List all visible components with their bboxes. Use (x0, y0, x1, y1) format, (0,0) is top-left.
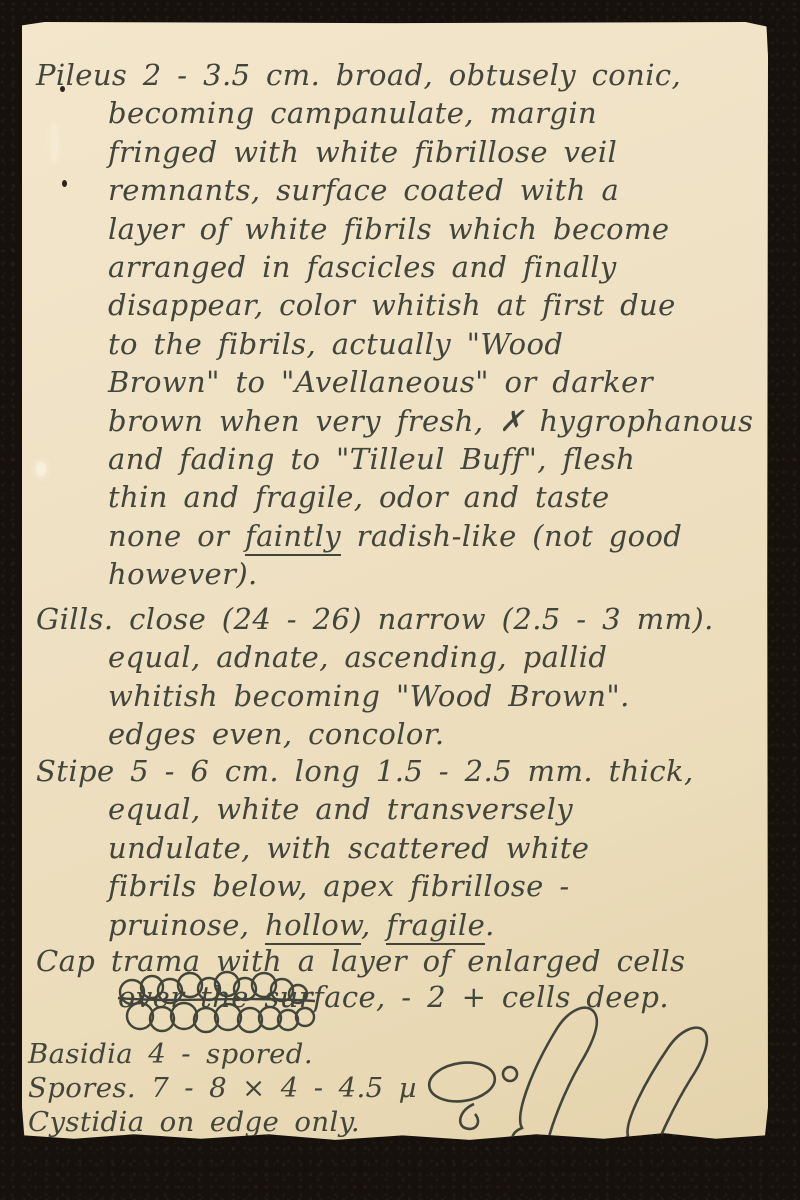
handwritten-line: however). (22, 557, 768, 595)
underlined-word: faintly (245, 519, 341, 556)
text-segment: equal, white and transversely (108, 792, 573, 826)
text-segment: Gills. close (24 - 26) narrow (2.5 - 3 m… (36, 602, 714, 636)
text-segment: Spores. 7 - 8 × 4 - 4.5 µ (28, 1072, 417, 1104)
underlined-word: hollow (265, 908, 361, 945)
text-segment: brown when very fresh, ✗ hygrophanous (108, 404, 753, 438)
text-segment: layer of white fibrils which become (108, 212, 670, 246)
handwritten-line: remnants, surface coated with a (22, 173, 768, 211)
text-segment: , (361, 908, 386, 942)
text-segment: becoming campanulate, margin (108, 96, 597, 130)
handwritten-line: fibrils below, apex fibrillose - (22, 869, 768, 907)
text-segment: edges even, concolor. (108, 717, 444, 751)
handwritten-line: Pileus 2 - 3.5 cm. broad, obtusely conic… (22, 58, 768, 96)
text-segment: fringed with white fibrillose veil (108, 135, 617, 169)
text-segment: thin and fragile, odor and taste (108, 480, 610, 514)
text-segment: Brown" to "Avellaneous" or darker (108, 365, 653, 399)
text-segment: to the fibrils, actually "Wood (108, 327, 563, 361)
underlined-word: fragile (386, 908, 485, 945)
handwritten-line: none or faintly radish-like (not good (22, 519, 768, 557)
text-segment: arranged in fascicles and finally (108, 250, 617, 284)
text-segment: Pileus 2 - 3.5 cm. broad, obtusely conic… (36, 58, 681, 92)
text-segment: disappear, color whitish at first due (108, 288, 676, 322)
text-segment: pruinose, (108, 908, 265, 942)
handwritten-line: edges even, concolor. (22, 717, 768, 755)
handwritten-line: equal, adnate, ascending, pallid (22, 640, 768, 678)
handwritten-line: to the fibrils, actually "Wood (22, 327, 768, 365)
photo-background: Pileus 2 - 3.5 cm. broad, obtusely conic… (0, 0, 800, 1200)
text-segment: fibrils below, apex fibrillose - (108, 869, 570, 903)
handwritten-line: arranged in fascicles and finally (22, 250, 768, 288)
cells-sketch (110, 970, 340, 1050)
handwritten-line: brown when very fresh, ✗ hygrophanous (22, 404, 768, 442)
text-segment: radish-like (not good (341, 519, 682, 553)
section-gills: Gills. close (24 - 26) narrow (2.5 - 3 m… (22, 602, 768, 756)
cystidia-sketch (450, 980, 762, 1141)
note-card: Pileus 2 - 3.5 cm. broad, obtusely conic… (22, 22, 768, 1141)
text-segment: remnants, surface coated with a (108, 173, 619, 207)
text-segment: . (485, 908, 495, 942)
handwritten-line: disappear, color whitish at first due (22, 288, 768, 326)
text-segment: and fading to "Tilleul Buff", flesh (108, 442, 635, 476)
handwritten-line: layer of white fibrils which become (22, 212, 768, 250)
text-segment: whitish becoming "Wood Brown". (108, 679, 630, 713)
text-segment: however). (108, 557, 258, 591)
handwritten-line: thin and fragile, odor and taste (22, 480, 768, 518)
handwritten-line: Gills. close (24 - 26) narrow (2.5 - 3 m… (22, 602, 768, 640)
handwritten-line: equal, white and transversely (22, 792, 768, 830)
handwritten-line: fringed with white fibrillose veil (22, 135, 768, 173)
handwritten-line: Brown" to "Avellaneous" or darker (22, 365, 768, 403)
text-segment: none or (108, 519, 245, 553)
section-stipe: Stipe 5 - 6 cm. long 1.5 - 2.5 mm. thick… (22, 754, 768, 946)
handwritten-line: and fading to "Tilleul Buff", flesh (22, 442, 768, 480)
handwritten-line: becoming campanulate, margin (22, 96, 768, 134)
text-segment: equal, adnate, ascending, pallid (108, 640, 607, 674)
handwritten-line: Stipe 5 - 6 cm. long 1.5 - 2.5 mm. thick… (22, 754, 768, 792)
handwritten-line: undulate, with scattered white (22, 831, 768, 869)
handwritten-line: pruinose, hollow, fragile. (22, 908, 768, 946)
section-pileus: Pileus 2 - 3.5 cm. broad, obtusely conic… (22, 58, 768, 595)
text-segment: Cystidia on edge only. (28, 1106, 360, 1138)
text-segment: undulate, with scattered white (108, 831, 589, 865)
handwritten-line: whitish becoming "Wood Brown". (22, 679, 768, 717)
text-segment: Stipe 5 - 6 cm. long 1.5 - 2.5 mm. thick… (36, 754, 694, 788)
